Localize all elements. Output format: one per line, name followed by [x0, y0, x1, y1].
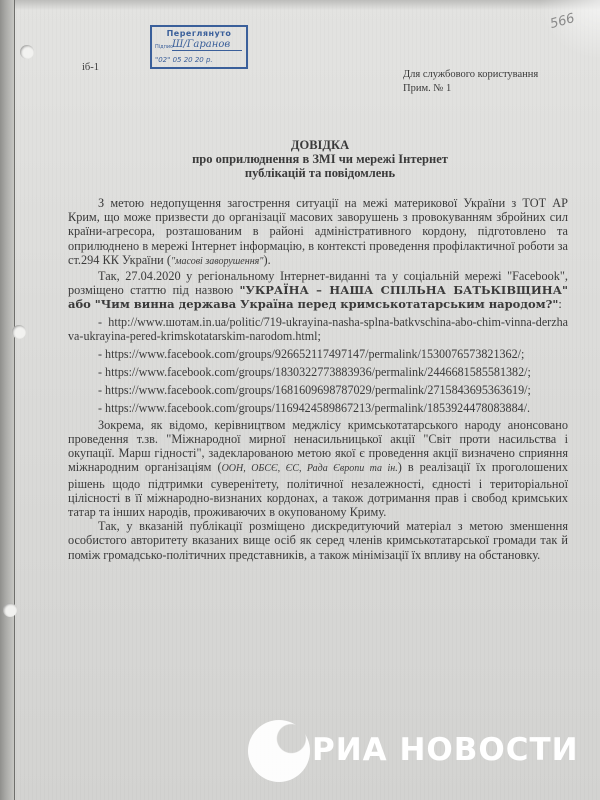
title-line: про оприлюднення в ЗМІ чи мережі Інтерне…	[60, 152, 580, 166]
italic-organizations: ООН, ОБСЄ, ЄС, Рада Європи та ін.	[222, 463, 398, 474]
punch-hole	[3, 603, 17, 617]
document-ref-number: іб-1	[82, 62, 99, 73]
paragraph-conclusion: Так, у вказаній публікації розміщено дис…	[68, 519, 568, 562]
watermark-text: РИА НОВОСТИ	[312, 732, 579, 768]
punch-hole	[20, 45, 34, 59]
title-main: ДОВІДКА	[60, 138, 580, 152]
link-item: - https://www.facebook.com/groups/183032…	[68, 365, 568, 379]
ria-logo-icon	[248, 720, 310, 782]
document-body: З метою недопущення загострення ситуації…	[68, 196, 568, 562]
document-page: 566 Переглянуто Підпис Ш/Гаранов "02" 05…	[0, 0, 600, 800]
reviewed-stamp: Переглянуто Підпис Ш/Гаранов "02" 05 20 …	[150, 25, 248, 69]
punch-hole	[12, 325, 26, 339]
paragraph-text: ).	[264, 253, 271, 267]
paragraph-publication: Так, 27.04.2020 у регіональному Інтернет…	[68, 269, 568, 312]
link-item: - https://www.facebook.com/groups/116942…	[68, 401, 568, 415]
paragraph-context: Зокрема, як відомо, керівництвом меджліс…	[68, 418, 568, 519]
corner-highlight	[540, 0, 600, 60]
stamp-title: Переглянуто	[152, 29, 246, 38]
copy-number: Прим. № 1	[403, 82, 538, 96]
stamp-sign-label: Підпис	[155, 44, 173, 50]
restriction-note: Для службового користування Прим. № 1	[403, 68, 538, 96]
title-line: публікацій та повідомлень	[60, 166, 580, 180]
document-title: ДОВІДКА про оприлюднення в ЗМІ чи мережі…	[60, 138, 580, 180]
link-item: - https://www.facebook.com/groups/926652…	[68, 347, 568, 361]
top-edge-shadow	[0, 0, 600, 10]
italic-note: "масові заворушення"	[171, 256, 264, 267]
paragraph-text: З метою недопущення загострення ситуації…	[68, 196, 568, 267]
ria-novosti-watermark: РИА НОВОСТИ	[248, 720, 578, 784]
paragraph-intro: З метою недопущення загострення ситуації…	[68, 196, 568, 269]
binding-edge	[0, 0, 15, 800]
link-item: - https://www.facebook.com/groups/168160…	[68, 383, 568, 397]
stamp-date: "02" 05 20 20 р.	[155, 56, 213, 64]
restriction-line: Для службового користування	[403, 68, 538, 82]
paragraph-text: :	[558, 297, 561, 311]
link-item: - http://www.шотам.in.ua/politic/719-ukr…	[68, 315, 568, 343]
stamp-signature: Ш/Гаранов	[172, 39, 242, 51]
